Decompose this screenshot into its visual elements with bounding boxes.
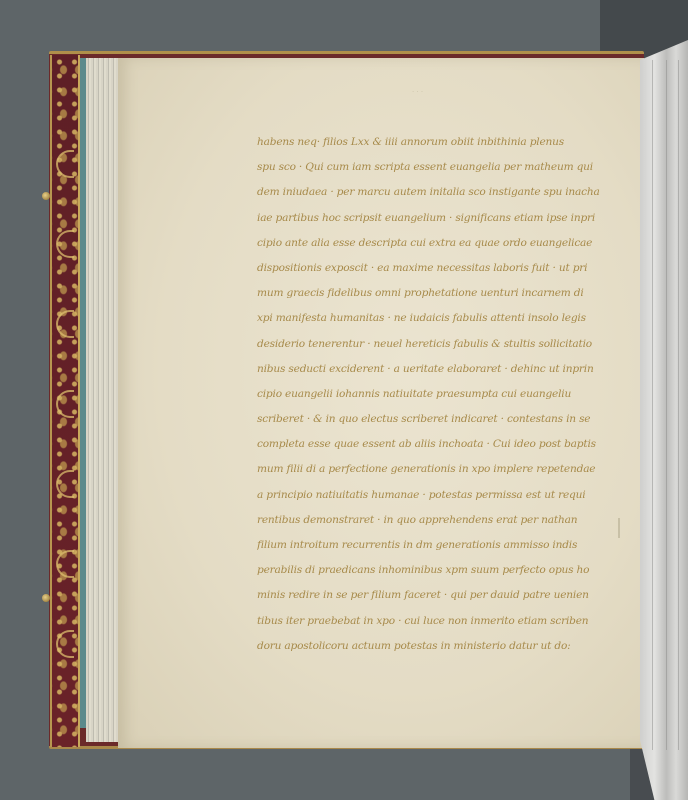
text-line: dispositionis exposcit · ea maxime neces… [257,256,619,281]
text-line: mum graecis fidelibus omni prophetatione… [257,281,619,306]
text-line: filium introitum recurrentis in dm gener… [257,533,619,558]
text-line: doru apostolicoru actuum potestas in min… [257,634,619,659]
manuscript-text: habens neq· filios Lxx & iiii annorum ob… [257,130,619,659]
text-line: perabilis di praedicans inhominibus xpm … [257,558,619,583]
page-stack [86,58,118,742]
text-line: dem iniudaea · per marcu autem initalia … [257,180,619,205]
text-line: xpi manifesta humanitas · ne iudaicis fa… [257,306,619,331]
text-line: completa esse quae essent ab aliis incho… [257,432,619,457]
page-edge [652,60,653,750]
page-edge [678,60,679,750]
text-line: rentibus demonstraret · in quo apprehend… [257,508,619,533]
text-line: habens neq· filios Lxx & iiii annorum ob… [257,130,619,155]
text-line: spu sco · Qui cum iam scripta essent eua… [257,155,619,180]
clasp-icon [42,594,50,602]
clasp-icon [42,192,50,200]
page-edge [666,60,667,750]
text-line: tibus iter praebebat in xpo · cui luce n… [257,609,619,634]
text-line: cipio ante alia esse descripta cui extra… [257,231,619,256]
text-line: mum filii di a perfectione generationis … [257,457,619,482]
text-line: desiderio tenerentur · neuel hereticis f… [257,332,619,357]
text-line: cipio euangelii iohannis natiuitate prae… [257,382,619,407]
text-line: scriberet · & in quo electus scriberet i… [257,407,619,432]
text-line: iae partibus hoc scripsit euangelium · s… [257,206,619,231]
folio-mark: · · · [412,88,423,96]
text-line: minis redire in se per filium faceret · … [257,583,619,608]
text-line: nibus seducti exciderent · a ueritate el… [257,357,619,382]
text-line: a principio natiuitatis humanae · potest… [257,483,619,508]
facing-pages [640,40,688,800]
